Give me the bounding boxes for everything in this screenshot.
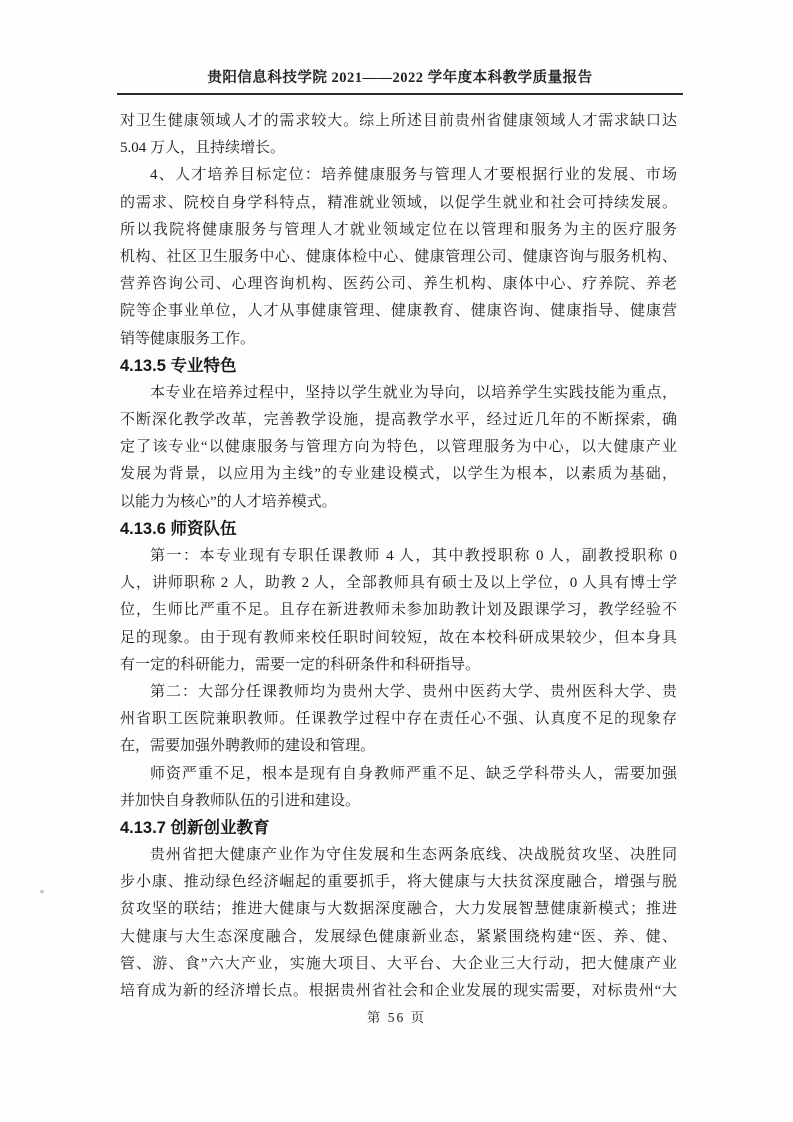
paragraph-faculty-shortage: 师资严重不足，根本是现有自身教师严重不足、缺乏学科带头人，需要加强 并加快自身教…: [120, 761, 677, 815]
page-number: 第 56 页: [367, 1010, 426, 1025]
paragraph-line: 院等企事业单位，人才从事健康管理、健康教育、健康咨询、健康指导、健康营: [120, 298, 677, 325]
paragraph-line: 培育成为新的经济增长点。根据贵州省社会和企业发展的现实需要，对标贵州“大: [120, 978, 677, 1005]
paragraph-innovation-education: 贵州省把大健康产业作为守住发展和生态两条底线、决战脱贫攻坚、决胜同 步小康、推动…: [120, 842, 677, 1005]
paragraph-line: 不断深化教学改革，完善教学设施，提高教学水平，经过近几年的不断探索，确: [120, 407, 677, 434]
paragraph-line: 所以我院将健康服务与管理人才就业领域定位在以管理和服务为主的医疗服务: [120, 217, 677, 244]
paragraph-talent-positioning: 4、人才培养目标定位：培养健康服务与管理人才要根据行业的发展、市场 的需求、院校…: [120, 162, 677, 352]
paragraph-line: 州省职工医院兼职教师。任课教学过程中存在责任心不强、认真度不足的现象存: [120, 706, 677, 733]
paragraph-major-features: 本专业在培养过程中，坚持以学生就业为导向，以培养学生实践技能为重点， 不断深化教…: [120, 380, 677, 516]
paragraph-line: 4、人才培养目标定位：培养健康服务与管理人才要根据行业的发展、市场: [120, 162, 677, 189]
paragraph-line: 定了该专业“以健康服务与管理方向为特色，以管理服务为中心，以大健康产业: [120, 434, 677, 461]
paragraph-line: 发展为背景，以应用为主线”的专业建设模式，以学生为根本，以素质为基础，: [120, 461, 677, 488]
paragraph-line: 第一：本专业现有专职任课教师 4 人，其中教授职称 0 人，副教授职称 0: [120, 543, 677, 570]
paragraph-line: 并加快自身教师队伍的引进和建设。: [120, 788, 677, 815]
paragraph-line: 对卫生健康领域人才的需求较大。综上所述目前贵州省健康领域人才需求缺口达: [120, 108, 677, 135]
paragraph-faculty-second: 第二：大部分任课教师均为贵州大学、贵州中医药大学、贵州医科大学、贵 州省职工医院…: [120, 679, 677, 761]
paragraph-line: 大健康与大生态深度融合，发展绿色健康新业态，紧紧围绕构建“医、养、健、: [120, 924, 677, 951]
paragraph-line: 人，讲师职称 2 人，助教 2 人，全部教师具有硕士及以上学位，0 人具有博士学: [120, 570, 677, 597]
paragraph-line: 有一定的科研能力，需要一定的科研条件和科研指导。: [120, 652, 677, 679]
paragraph-line: 机构、社区卫生服务中心、健康体检中心、健康管理公司、健康咨询与服务机构、: [120, 244, 677, 271]
section-heading-4-13-6: 4.13.6 师资队伍: [120, 516, 677, 543]
paragraph-line: 贵州省把大健康产业作为守住发展和生态两条底线、决战脱贫攻坚、决胜同: [120, 842, 677, 869]
paragraph-line: 足的现象。由于现有教师来校任职时间较短，故在本校科研成果较少，但本身具: [120, 625, 677, 652]
paragraph-line: 在，需要加强外聘教师的建设和管理。: [120, 733, 677, 760]
paragraph-line: 5.04 万人，且持续增长。: [120, 135, 677, 162]
paragraph-line: 第二：大部分任课教师均为贵州大学、贵州中医药大学、贵州医科大学、贵: [120, 679, 677, 706]
scan-speck: [40, 890, 44, 893]
page-footer: 第 56 页: [0, 1006, 793, 1026]
header-rule: [117, 93, 683, 95]
paragraph-line: 师资严重不足，根本是现有自身教师严重不足、缺乏学科带头人，需要加强: [120, 761, 677, 788]
page-body: 对卫生健康领域人才的需求较大。综上所述目前贵州省健康领域人才需求缺口达 5.04…: [120, 108, 677, 1005]
paragraph-line: 营养咨询公司、心理咨询机构、医药公司、养生机构、康体中心、疗养院、养老: [120, 271, 677, 298]
page-header-title: 贵阳信息科技学院 2021——2022 学年度本科教学质量报告: [117, 66, 683, 87]
paragraph-line: 步小康、推动绿色经济崛起的重要抓手，将大健康与大扶贫深度融合，增强与脱: [120, 869, 677, 896]
paragraph-line: 位，生师比严重不足。且存在新进教师未参加助教计划及跟课学习，教学经验不: [120, 597, 677, 624]
document-page: 贵阳信息科技学院 2021——2022 学年度本科教学质量报告 对卫生健康领域人…: [0, 0, 793, 1122]
paragraph-line: 的需求、院校自身学科特点，精准就业领域，以促学生就业和社会可持续发展。: [120, 190, 677, 217]
paragraph-line: 贫攻坚的联结；推进大健康与大数据深度融合，大力发展智慧健康新模式；推进: [120, 896, 677, 923]
section-heading-4-13-5: 4.13.5 专业特色: [120, 353, 677, 380]
paragraph-line: 销等健康服务工作。: [120, 326, 677, 353]
section-heading-4-13-7: 4.13.7 创新创业教育: [120, 815, 677, 842]
paragraph-line: 本专业在培养过程中，坚持以学生就业为导向，以培养学生实践技能为重点，: [120, 380, 677, 407]
paragraph-continuation: 对卫生健康领域人才的需求较大。综上所述目前贵州省健康领域人才需求缺口达 5.04…: [120, 108, 677, 162]
paragraph-line: 以能力为核心”的人才培养模式。: [120, 489, 677, 516]
paragraph-line: 管、游、食”六大产业，实施大项目、大平台、大企业三大行动，把大健康产业: [120, 951, 677, 978]
paragraph-faculty-first: 第一：本专业现有专职任课教师 4 人，其中教授职称 0 人，副教授职称 0 人，…: [120, 543, 677, 679]
page-header: 贵阳信息科技学院 2021——2022 学年度本科教学质量报告: [117, 66, 683, 95]
